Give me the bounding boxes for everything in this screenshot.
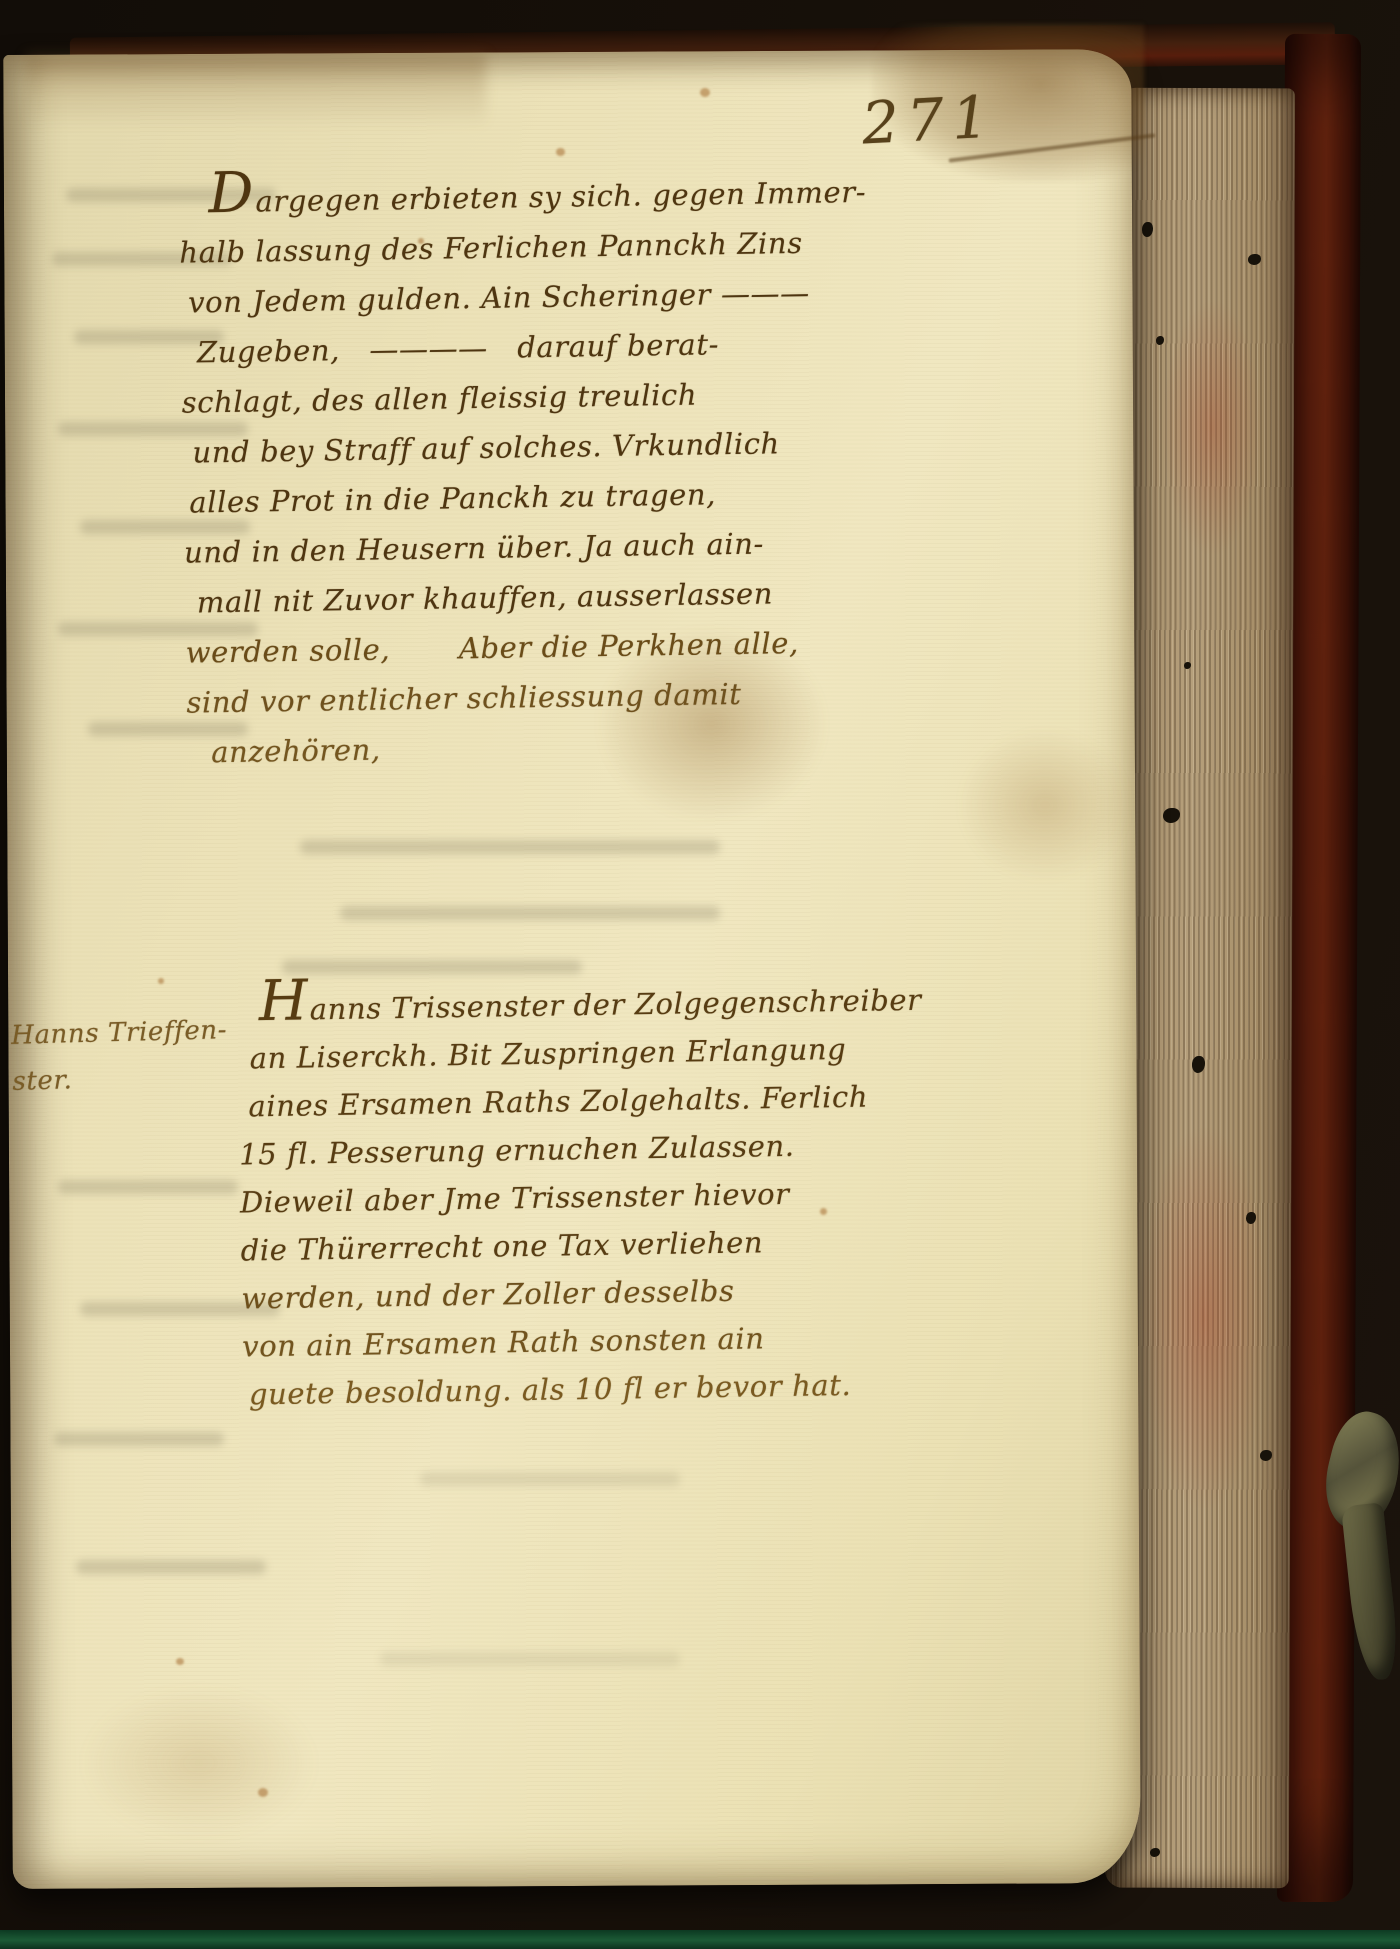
bleed-through-line [300,840,720,854]
bleed-through-line [380,1652,680,1666]
bleed-through-line [340,906,720,920]
margin-note: Hanns Trieffen- ster. [11,1015,229,1113]
foxing-spot [176,1658,184,1665]
bleed-through-line [54,1432,224,1446]
manuscript-photo: 271 Dargegen erbieten sy sich. gegen Imm… [0,0,1400,1949]
bleed-through-line [282,960,582,974]
fore-edge-red-tint [1161,298,1263,558]
bleed-through-line [58,1180,238,1194]
bleed-through-line [76,1560,266,1574]
margin-note-line: Hanns Trieffen- [11,1015,228,1067]
bleed-through-line [420,1472,680,1486]
entry-paragraph-1: Dargegen erbieten sy sich. gegen Immer- … [178,174,907,785]
foxing-spot [158,978,164,984]
fore-edge-red-tint [1139,1128,1269,1508]
folio-number: 271 [860,83,998,158]
foxing-spot [258,1788,268,1797]
foxing-spot [700,88,710,97]
book-clasp-strap [1322,1412,1400,1676]
foxing-spot [556,148,565,156]
margin-note-line: ster. [12,1061,229,1113]
table-edge-strip [0,1930,1400,1949]
entry-paragraph-2: Hanns Trissenster der Zolgegenschreiber … [237,983,944,1426]
clasp-tail [1341,1502,1400,1681]
